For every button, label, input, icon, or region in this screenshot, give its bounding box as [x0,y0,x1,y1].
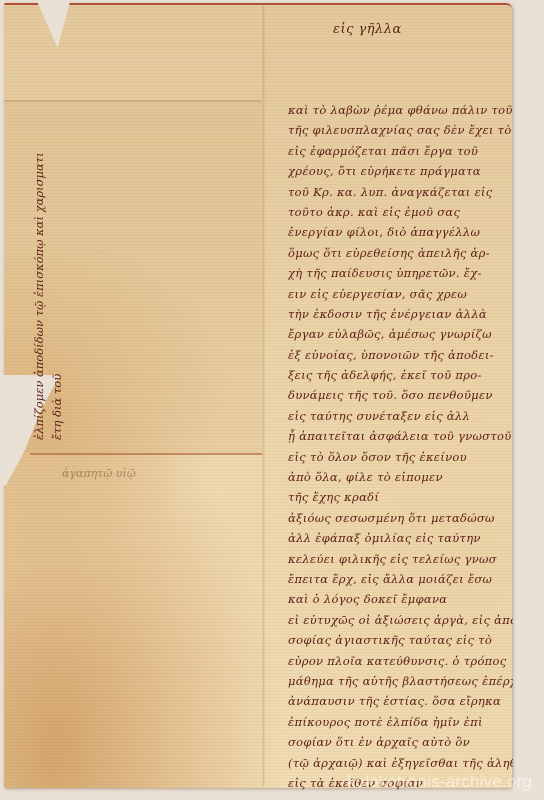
letter-heading: εἰς γῆλλα [333,22,402,37]
handwritten-line: ἔπειτα ἔρχ, εἰς ἄλλα μοιάζει ἔσω [288,569,513,589]
vertical-fold-line [262,3,265,786]
handwritten-line: (τῷ ἀρχαιῷ) καὶ ἐξηγεῖσθαι τῆς ἀληθείας [288,753,513,773]
handwritten-line: τοῦ Κρ. κα. λυπ. ἀναγκάζεται εἰς [288,182,513,202]
handwritten-line: σοφίας ἁγιαστικῆς ταύτας εἰς τὸ [288,630,513,650]
handwritten-line: καὶ ὁ λόγος δοκεῖ ἔμφανα [288,589,513,609]
handwritten-line: ἀνάπαυσιν τῆς ἑστίας. ὅσα εἴρηκα [288,691,513,711]
handwritten-line: εὑρον πλοῖα κατεύθυνσις. ὁ τρόπος [288,651,513,671]
handwritten-line: σοφίαν ὅτι ἐν ἀρχαῖς αὐτὸ ὂν [288,732,513,752]
handwritten-line: ᾗ ἀπαιτεῖται ἀσφάλεια τοῦ γνωστοῦ [288,426,513,446]
handwritten-line: καὶ τὸ λαβὼν ῥέμα φθάνω πάλιν τοῦ ἀφ [288,100,513,120]
handwritten-line: ἔργαν εὐλαβῶς, ἀμέσως γνωρίζω [288,324,513,344]
handwritten-line: εἰ εὐτυχῶς οἱ ἀξιώσεις ἀργὰ, εἰς ἀπο [288,610,513,630]
handwritten-line: εἰς ταύτης συνέταξεν εἰς ἀλλ [288,406,513,426]
handwritten-line: ἐξ εὐνοίας, ὑπονοιῶν τῆς ἀποδει- [288,345,513,365]
handwritten-line: κελεύει φιλικῆς εἰς τελείως γνωσ [288,549,513,569]
watermark: kolokotronis-archive.org [347,772,532,792]
handwritten-line: εἰς ἐφαρμόζεται πᾶσι ἔργα τοῦ [288,141,513,161]
margin-note-vertical: ἐλπίζομεν ἀποδίδων τῷ ἐπισκόπῳ καὶ χαρισ… [30,152,66,440]
handwritten-line: ξεις τῆς ἀδελφής, ἐκεῖ τοῦ προ- [288,365,513,385]
handwritten-line: ἀπὸ ὅλα, φίλε τὸ εἰπομεν [288,467,513,487]
handwritten-line: μάθημα τῆς αὐτῆς βλαστήσεως ἐπέρχε [288,671,513,691]
horizontal-fold-line-top [4,100,262,102]
handwritten-line: τῆς ἔχης κραδί [288,487,513,507]
handwritten-line: δυνάμεις τῆς τοῦ. ὅσο πενθοῦμεν [288,385,513,405]
handwritten-line: ἀλλ ἐφάπαξ ὁμιλίας εἰς ταύτην [288,528,513,548]
handwritten-line: τὴν ἐκδοσιν τῆς ἐνέργειαν ἀλλὰ [288,304,513,324]
faded-margin-note: ἀγαπητῷ υἱῷ [62,467,136,480]
handwritten-line: εἰς τὸ ὅλον ὅσον τῆς ἐκείνου [288,447,513,467]
handwritten-line: χὴ τῆς παίδευσις ὑπηρετῶν. ἔχ- [288,263,513,283]
handwritten-line: τοῦτο ἀκρ. καὶ εἰς ἐμοῦ σας [288,202,513,222]
handwritten-line: ἐπίκουρος ποτὲ ἐλπίδα ἡμῖν ἐπὶ [288,712,513,732]
margin-note-line: ἔτη διὰ τοῦ [48,152,66,440]
margin-note-line: ἐλπίζομεν ἀποδίδων τῷ ἐπισκόπῳ καὶ χαρισ… [30,152,48,440]
horizontal-fold-line-bottom [30,453,262,455]
handwritten-line: ἀξιόως σεσωσμένη ὅτι μεταδώσω [288,508,513,528]
handwritten-line: ὅμως ὅτι εὑρεθείσης ἀπειλῆς ἀρ- [288,243,513,263]
handwritten-line: ἐνεργίαν φίλοι, διὸ ἀπαγγέλλω [288,222,513,242]
letter-body: καὶ τὸ λαβὼν ῥέμα φθάνω πάλιν τοῦ ἀφτῆς … [288,100,513,793]
handwritten-line: χρέους, ὅτι εὐρήκετε πράγματα [288,161,513,181]
handwritten-line: τῆς φιλευσπλαχνίας σας δὲν ἔχει τὸ ἀρχ [288,120,513,140]
handwritten-line: ειν εἰς εὐεργεσίαν, σᾶς χρεω [288,284,513,304]
